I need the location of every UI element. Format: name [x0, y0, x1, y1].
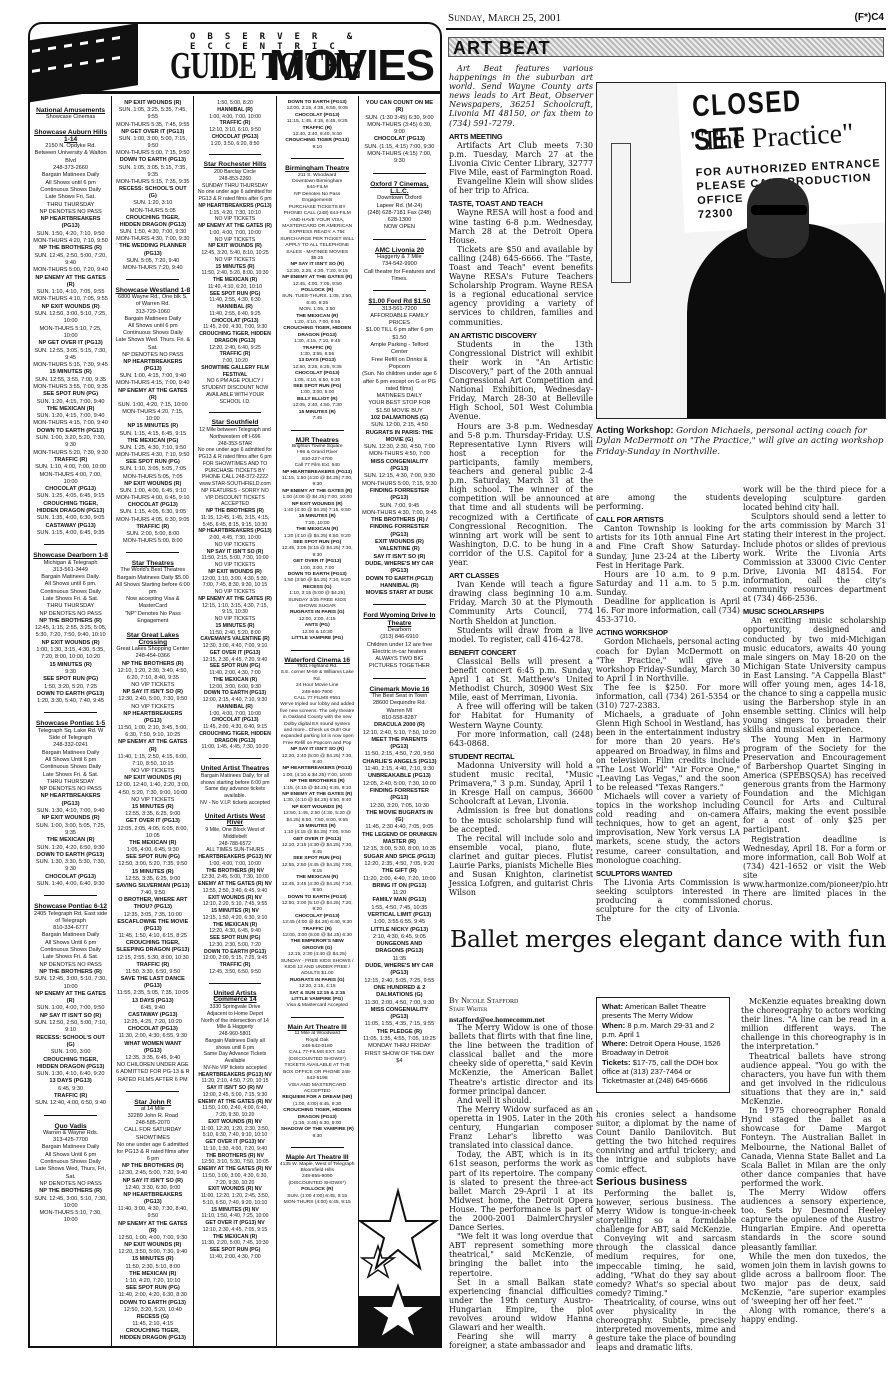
theater-name: AMC Livonia 20	[362, 247, 437, 254]
showtimes: 11:45, 2:30 4:40, 7:05, 9:05	[362, 824, 437, 831]
movie-listing: 15 MINUTES (R)11:50, 2:30, 5:10, 8:00	[115, 1256, 190, 1270]
showtimes: 12:00, 1:10, 3:00, 4:30, 5:30, 7:00, 7:4…	[197, 576, 272, 590]
divider-rule	[373, 290, 426, 291]
movie-title: THE MEXICAN (R)	[33, 406, 108, 413]
movie-listing: NP EXIT WOUNDS (R)12:00, 1:10, 3:00, 4:3…	[197, 569, 272, 596]
stars-decoration-icon	[358, 1186, 440, 1346]
theater-info: Bargain Matinees Daily $5.00 All Shows S…	[115, 575, 190, 597]
showtimes: NO VIP TICKETS	[197, 562, 272, 569]
article-paragraph: While the men don tuxedos, the women joi…	[741, 1252, 886, 1307]
theater-name: Cinemark Movie 16	[362, 686, 437, 693]
listing-note: MONDAY THRU FRIDAY FIRST SHOW OF THE DAY…	[362, 1043, 437, 1065]
theater-info: Continuous Shows Daily	[115, 330, 190, 337]
movie-title: CROUCHING TIGER, HIDDEN DRAGON (PG13)	[280, 326, 355, 339]
movie-listing: CROUCHING TIGER, SLEEPING DRAGON (PG13)1…	[115, 940, 190, 962]
showtimes: NO VIP TICKETS	[197, 237, 272, 244]
theater-name: Star Rochester Hills	[197, 162, 272, 169]
showtimes: 11:50, 2:15, 5:00, 7:30, 10:00	[197, 555, 272, 562]
theater-name: Star Theatres	[115, 560, 190, 567]
showtimes: SUN. 1:20, 4:20, 6:50, 9:30	[33, 845, 108, 852]
theater-info: Michigan & Telegraph	[33, 560, 108, 567]
movie-listing: CHOCOLAT (PG13)11:45, 2:00, 4:30, 7:00, …	[197, 318, 272, 332]
showtimes: SUN. 1:00, 4:00, 7:00, 9:50	[33, 1005, 108, 1012]
movie-title: 15 MINUTES (R) NV	[197, 1207, 272, 1214]
theater-info: THRU THURSDAY	[33, 603, 108, 610]
movie-listing: YOU CAN COUNT ON ME (R)SUN. (1:30 3:45) …	[362, 100, 437, 136]
movie-title: HEARTBREAKERS (PG13) NV	[197, 854, 272, 861]
section-paragraph: Gordon Michaels, personal acting coach f…	[596, 637, 740, 682]
showtimes: 1:30, (4:10 @ $4.25) 6:50, 9:40	[280, 798, 355, 804]
showtimes: SUN. 1:00, 3:00, 5:00, 7:15, 9:50	[115, 136, 190, 150]
movie-title: DOWN TO EARTH (PG13)	[197, 690, 272, 697]
movie-listing: DOWN TO EARTH (PG13)SUN. 1:00, 3:20, 5:2…	[33, 428, 108, 457]
theater-name: National Amusements	[33, 107, 108, 114]
showtimes: SUN. 1:00, 3:20, 5:20, 7:30, 9:30	[33, 435, 108, 450]
movie-title: CHOCOLAT (PG13)	[33, 874, 108, 881]
movie-listing: CROUCHING TIGER, HIDDEN DRAGON (PG13)(1:…	[280, 1108, 355, 1127]
movie-listing: POLLOCK (R)SUN. TUES-THURS. 1:05, 3:50, …	[280, 288, 355, 314]
divider-rule	[291, 430, 344, 431]
section-paragraph: The Young Men in Harmony program of the …	[743, 735, 886, 835]
movie-title: THE EMPEROR'S NEW GROOVE (G)	[280, 939, 355, 952]
theater-info: 248-960-5801	[197, 1031, 272, 1038]
showtimes: 11:55, 2:35, 5:05, 7:35, 10:05	[115, 990, 190, 997]
showtimes: MON-THURS 3:55, 7:00, 9:35	[33, 384, 108, 391]
movie-listing: NP EXIT WOUNDS (R)SUN. 1:05, 3:25, 5:35,…	[115, 100, 190, 129]
theater-info: NV - No V.I.P. tickets accepted	[197, 800, 272, 807]
showtimes: 11:50, 2:40, 5:20, 8:00, 10:30	[197, 270, 272, 277]
theater-name: Star Great Lakes Crossing	[115, 632, 190, 646]
showtimes: MON-THURS 5:35, 7:45, 9:55	[115, 122, 190, 129]
showtimes: SUN. 1:50, 4:30, 7:00, 9:30	[115, 229, 190, 236]
movie-listing: SEE SPOT RUN (PG)SUN. 1:10, 3:05, 5:05, …	[115, 459, 190, 481]
showtimes: 9:30	[280, 1134, 355, 1140]
movie-listing: NP THE BROTHERS (R)12:10, 1:20, 2:30, 3:…	[115, 661, 190, 690]
movie-listing: RUGRATS IN PARIS (G)12:00, 2:00, 4:15	[280, 610, 355, 623]
theater-info: Free Refill on Drinks & Popcorn	[362, 357, 437, 372]
theater-block: Showcase Dearborn 1-8Michigan & Telegrap…	[33, 552, 108, 618]
movie-title: CHOCOLAT (PG13)	[115, 1026, 190, 1033]
divider-rule	[373, 239, 426, 240]
showtimes: 12:55, 3:35, 6:25, 9:00	[115, 876, 190, 883]
theater-info: 248-788-6572	[197, 841, 272, 848]
movie-title: SEE SPOT RUN (PG)	[197, 663, 272, 670]
movie-listing: DOWN TO EARTH (PG13)SUN. 1:30, 3:30, 5:3…	[33, 852, 108, 874]
showtimes: 9:30	[33, 669, 108, 676]
divider-rule	[291, 158, 344, 159]
showtimes: 1:00, 1:30, 3:15, 4:30, 5:35, 7:20, 8:00…	[33, 647, 108, 662]
movie-listing: TRAFFIC (R)12:45, 3:50, 6:50, 9:50	[197, 962, 272, 976]
movie-listing: 15 MINUTES (R)11:50, 2:40, 5:20, 8:00, 1…	[197, 264, 272, 278]
article-paragraph: Set in a small Balkan state experiencing…	[449, 1278, 593, 1333]
showtimes: 12:45, 3:45 (4:30 @ $4.25) 7:10, 9:50	[280, 882, 355, 895]
movie-listing: THE MEXICAN (R)1:20, 4:10, 7:00, 9:55	[280, 314, 355, 327]
movie-title: TRAFFIC (R)	[33, 1093, 108, 1100]
theater-info: NP DENOTES NO PASS	[33, 1181, 108, 1188]
showtimes: SUN. 1:15, 4:05, 6:30, 9:05	[115, 509, 190, 516]
movie-listing: NP HEARTBREAKERS (PG13)11:50, 1:00, 2:10…	[115, 711, 190, 740]
movie-title: DUDE, WHERE'S MY CAR (PG13)	[362, 561, 437, 576]
movie-listing: CHOCOLAT (PG13)1:20, 3:50, 6:20, 8:50	[197, 134, 272, 148]
showtimes: 12:00, 2:00, 5:15, 7:25, 9:45	[197, 955, 272, 962]
showtimes: MON-THURS 4:15, 7:00, 9:40	[33, 420, 108, 427]
showtimes: 12:30, 3:20, 7:05, 10:30	[362, 803, 437, 810]
movie-listing: 15 MINUTES (R) NV12:15, 1:50, 4:20, 6:30…	[197, 908, 272, 922]
movie-listing: NP EXIT WOUNDS (R)12:00, 12:40, 1:40, 2:…	[115, 775, 190, 804]
showtimes: SUN. (1:30 3:45) 6:30, 9:00	[362, 115, 437, 122]
theater-info: 32289 John R. Road	[115, 1113, 190, 1120]
movie-title: DUNGEONS AND DRAGONS (PG13)	[362, 941, 437, 956]
section-heading: AN ARTISTIC DISCOVERY	[449, 331, 593, 340]
movie-title: THE LEGEND OF DRUNKEN MASTER (R)	[362, 832, 437, 847]
section-paragraph: Classical Bells will present a benefit c…	[449, 657, 593, 702]
showtimes: SUN. 1:00, 3:00, 5:05, 7:25, 9:35	[33, 823, 108, 838]
listing-column-1: National AmusementsShowcase CinemasShowc…	[30, 96, 112, 1346]
movie-listing: LITTLE VAMPIRE (PG)	[280, 636, 355, 642]
article-paragraph: The Merry Widow is one of those ballets …	[449, 1023, 593, 1096]
movie-listing: BRING IT ON (PG13)11:20	[362, 883, 437, 898]
movie-listing: MISS CONGENIALITY (PG13)11:05, 1:55, 4:3…	[362, 1007, 437, 1029]
showtimes: 6:45, 9:40	[115, 1005, 190, 1012]
movie-listing: TRAFFIC (R)12:10, 3:10, 6:10, 9:50	[197, 120, 272, 134]
theater-info: $1.50 MOVIE BUY	[362, 408, 437, 415]
movie-title: TRAFFIC (R)	[115, 524, 190, 531]
ballet-column-2: his cronies select a handsome suitor, a …	[596, 1110, 736, 1352]
showtimes: 12:30, 3:00, 4:40, 7:00, 9:10	[197, 643, 272, 650]
showtimes: 1:10 (4:15 @ $4.25) 7:00, 9:50	[280, 830, 355, 836]
movie-title: CROUCHING TIGER, HIDDEN DRAGON (PG13)	[33, 501, 108, 516]
movie-listing: THE MEXICAN (R)1:05, 4:00, 6:45, 9:30	[115, 840, 190, 854]
movie-title: NP SAY IT ISN'T SO (R)	[33, 1013, 108, 1020]
movie-listing: NP ENEMY AT THE GATES (R)SUN. 1:10, 4:10…	[33, 275, 108, 304]
movie-title: NP SAY IT ISN'T SO (R)	[115, 689, 190, 696]
movie-title: CHOCOLAT (PG13)	[197, 134, 272, 141]
movie-listing: DOWN TO EARTH (PG13)12:00, 2:00, 5:15, 7…	[197, 949, 272, 963]
movie-title: ENEMY AT THE GATES (R) NV	[197, 1166, 272, 1173]
movie-title: NP SAY IT ISN'T SO (R)	[197, 549, 272, 556]
theater-info: YOUR BEST STOP FOR	[362, 400, 437, 407]
showtimes: MON-THURS 5:10, 7:30, 10:00	[33, 1210, 108, 1225]
showtimes: 1:15, 4:20, 7:30, 10:10	[197, 210, 272, 217]
movie-title: MOVIES START AT DUSK	[362, 590, 437, 597]
theater-block: United Artist TheatresBargain Matinees D…	[197, 766, 272, 807]
movie-title: THE MEXICAN (R)	[115, 1271, 190, 1278]
showtimes: MON-THURS 5:00, 8:00	[115, 538, 190, 545]
theater-info: Telegraph Sq. Lake Rd. W Side of Telegra…	[33, 728, 108, 743]
movie-title: 15 MINUTES (R)	[115, 1256, 190, 1263]
page-dateline: Sunday, March 25, 2001 (F*)C4	[446, 6, 886, 30]
theater-info: Bargain Matinees Daily	[33, 1144, 108, 1151]
movie-title: NP ENEMY AT THE GATES (R)	[115, 1221, 190, 1235]
showtimes: 12:15, 1:50, 4:20, 6:30, 9:10	[197, 915, 272, 922]
movie-title: GET OVER IT (PG13)	[115, 818, 190, 825]
showtimes: 11:30, 2:20, 5:00, 7:45, 10:30	[197, 1240, 272, 1247]
movie-title: NP ENEMY AT THE GATES (R)	[197, 596, 272, 603]
showtimes: 12:55, 2:50 (4:45 @ $4.25) 7:00, 9:15	[280, 863, 355, 876]
ballet-column-1: The Merry Widow is one of those ballets …	[449, 1023, 593, 1350]
movie-listing: ONE HUNDRED & 2 DALMATIONS (G)11:30, 2:0…	[362, 985, 437, 1007]
showtimes: SUN. 1:35, 4:00, 6:30, 9:05	[33, 515, 108, 522]
movie-title: CHOCOLAT (PG13)	[33, 486, 108, 493]
movie-listing: REQUIEM FOR A DREAM (NR)(1:00, 4:00) 6:4…	[280, 1095, 355, 1108]
movie-listing: THE MEXICAN (R)11:30, 2:20, 5:00, 7:45, …	[197, 1234, 272, 1248]
movie-title: EXIT WOUNDS (R) NV	[197, 1119, 272, 1126]
movie-listing: EXIT WOUNDS (R) NV11:00, 12:20, 1:20, 2:…	[197, 1186, 272, 1206]
movie-listing: NP SAY IT ISN'T SO (R)12:40, 3:30, 6:30,…	[115, 1178, 190, 1192]
section-paragraph: Tickets are $50 and available by calling…	[449, 245, 593, 327]
showtimes: 11:40, 2:00, 4:30, 7:00	[197, 1254, 272, 1261]
byline: By Nicole Stafford Staff Writer nstaffor…	[449, 996, 593, 1024]
theater-block: Waterford Cinema 167501 Highland Rd.S.E.…	[280, 658, 355, 748]
movie-listing: THE MEXICAN (R)SUN. 1:20, 4:15, 7:00, 9:…	[33, 406, 108, 428]
showtimes: 11:50, 1:00, 2:10, 3:45, 5:00, 6:30, 7:5…	[115, 725, 190, 739]
showtimes: 12:00, 2:45, 5:00, 7:15, 9:30	[197, 1092, 272, 1099]
theater-block: National AmusementsShowcase Cinemas	[33, 107, 108, 122]
theater-block: Birmingham Theatre211 S. WoodwardDowntow…	[280, 166, 355, 262]
movie-listing: CHOCOLAT (PG13)11:30, 2:00, 4:30, 6:55, …	[115, 1026, 190, 1040]
listing-note: NO CHILDREN UNDER AGE 6 ADMITTED FOR PG-…	[115, 1062, 190, 1084]
showtimes: 12:50, 3:00, 5:20, 7:35, 9:50	[115, 861, 190, 868]
theater-info: All Shows Until 6 pm	[33, 757, 108, 764]
theater-block: MJR TheatresBrighton Towne SquareI-96 & …	[280, 438, 355, 470]
showtimes: 12:15, 2:40, 5:05, 7:25, 9:55	[362, 978, 437, 985]
showtimes: 12:50, 1:00, 4:00, 7:00, 9:30	[115, 1235, 190, 1242]
showtimes: MON-THURS 4:10, 7:05, 9:55	[33, 296, 108, 303]
movie-listing: 102 DALMATIONS (G)SUN. 12:00, 2:15, 4:50	[362, 415, 437, 430]
section-paragraph: Artifacts Art Club meets 7:30 p.m. Tuesd…	[449, 141, 593, 177]
movie-title: NP THE BROTHERS (R)	[33, 1188, 108, 1195]
movie-title: VERTICAL LIMIT (PG13)	[362, 912, 437, 919]
movie-listing: ANTS (PG)12:00 & 10:30	[280, 623, 355, 636]
movie-listing: EXIT WOUNDS (R) NV11:00, 12:20, 1:20, 2:…	[197, 1119, 272, 1139]
movie-title: RECESS: SCHOOL'S OUT (G)	[115, 186, 190, 200]
theater-info: "NP" Denotes No Pass Engagement	[115, 611, 190, 625]
article-paragraph: Theatrical ballets have strong audience …	[741, 1052, 886, 1107]
showtimes: 12:30, 2:45, 5:00, 7:20, 9:40	[115, 1170, 190, 1177]
movie-title: NP ENEMY AT THE GATES (R)	[115, 739, 190, 753]
showtimes: SUN. 12:00, 2:15, 4:50	[362, 422, 437, 429]
movie-listing: SEE SPOT RUN (PG)11:40, 2:00, 4:30, 7:00	[197, 1247, 272, 1261]
theater-info: S.E. corner M-59 & Williams Lake Rd.	[280, 670, 355, 683]
movie-title: DRACULA 2000 (R)	[362, 722, 437, 729]
section-paragraph: Admission is free but donations to the m…	[449, 806, 593, 833]
theater-block: Showcase Westland 1-86800 Wayne Rd., One…	[115, 287, 190, 359]
movie-listing: SAVING SILVERMAN (PG13)7:40, 9:50	[115, 883, 190, 897]
showtimes: 12:10, 2:30, 4:45, 7:05, 9:15	[197, 1227, 272, 1234]
movie-listing: GET OVER IT (PG13) NV12:10, 2:30, 4:45, …	[197, 1220, 272, 1234]
art-beat-intro: Art Beat features various happenings in …	[449, 64, 593, 128]
showtimes: MON-THURS 5:20, 7:30, 9:30	[33, 450, 108, 457]
theater-info: Lapeer Rd. (M-24)	[362, 203, 437, 210]
showtimes: 12:35, 3:05, 7:35, 10:00	[115, 912, 190, 919]
showtimes: MON-THURS 4:30, 7:00, 9:45	[362, 510, 437, 517]
showtimes: NO VIP TICKETS	[197, 616, 272, 623]
movie-title: CROUCHING TIGER, HIDDEN DRAGON (PG13)	[197, 331, 272, 345]
showtimes: 12:00, 3:00, 6:00, 9:30	[197, 684, 272, 691]
movie-listing: TRAFFIC (R)12:40, 3:40, 6:40, 9:40	[280, 126, 355, 139]
theater-info: (313) 846-6910	[362, 634, 437, 641]
showtimes: 12:45 (4:00 @ $4.25) 6:40, 9:30	[280, 920, 355, 926]
listing-note: SUNDAY 3/25 FREE KIDS SHOWS SUGAR	[280, 598, 355, 611]
showtimes: SUN. 12:45, 2:50, 5:00, 7:20, 9:40	[33, 253, 108, 268]
showtimes: 12:00, 12:40, 1:40, 2:20, 3:00, 4:50, 5:…	[115, 782, 190, 796]
movie-listing: SHOWTIME GALLERY FILM FESTIVAL	[197, 365, 272, 379]
theater-info: PURCHASE TICKETS BY PHONE! CALL (248) 64…	[280, 205, 355, 263]
showtimes: 11:20, 2:00, 4:40, 7:20, 10:00	[362, 876, 437, 883]
movie-listing: RECESS: SCHOOL'S OUT (G)SUN. 1:20, 3:10M…	[115, 186, 190, 215]
showtimes: MON-THURS 5:05	[115, 208, 190, 215]
movie-title: FINDING FORRESTER (PG13)	[362, 488, 437, 503]
movie-title: O BROTHER, WHERE ART THOU? (PG13)	[115, 897, 190, 911]
movie-title: ESCAFLOWNE THE MOVIE (PG13)	[115, 919, 190, 933]
theater-info: $1.00 TILL 6 pm after 6 pm $1.50	[362, 327, 437, 342]
movie-listing: 13 DAYS (PG13)6:45, 9:40	[115, 998, 190, 1012]
movie-title: NP EXIT WOUNDS (R)	[115, 1242, 190, 1249]
showtimes: SUN. 1:00, 4:20, 7:15, 10:00	[115, 402, 190, 409]
section-paragraph: Michaels, a graduate of John Glenn High …	[596, 710, 740, 792]
ballet-headline: Ballet merges elegant dance with fun	[450, 925, 886, 953]
theater-info: THRU THURSDAY	[33, 202, 108, 209]
ballet-column-3: McKenzie equates breaking down the chore…	[741, 997, 886, 1324]
theater-info: Late Shows Fri. & Sat.	[33, 954, 108, 961]
movie-title: SEE SPOT RUN (PG)	[197, 935, 272, 942]
movie-title: YOU CAN COUNT ON ME (R)	[362, 100, 437, 115]
showtimes: 12:55, 3:35, 6:25, 9:00	[115, 811, 190, 818]
movie-listing: GET OVER IT (PG13)12:10, 2:15 (4:30 @ $4…	[280, 837, 355, 856]
movie-title: DOWN TO EARTH (PG13)	[280, 895, 355, 901]
movie-listing: CROUCHING TIGER, HIDDEN DRAGON (PG13)11:…	[197, 731, 272, 751]
showtimes: 1:00, 4:00, 7:00, 10:00	[197, 114, 272, 121]
movie-title: CASTAWAY (PG13)	[33, 523, 108, 530]
movie-listing: 13 DAYS (PG13)12:50, 3:25, 6:25, 9:35	[280, 358, 355, 371]
theater-info: Children under 12 are free	[362, 642, 437, 649]
showtimes: 1:20, 3:30, 5:40, 7:40, 9:45	[33, 698, 108, 705]
theater-block: Showcase Pontiac 6-122405 Telegraph Rd. …	[33, 903, 108, 969]
movie-title: NP EXIT WOUNDS (R)	[33, 640, 108, 647]
showtimes: MON-THURS 5:00, 7:15, 9:30	[362, 481, 437, 488]
theater-block: Showcase Auburn Hills 1-142150 N. Opdyke…	[33, 129, 108, 217]
divider-rule	[126, 279, 179, 280]
showtimes: SUN. 1:00, 4:00, 6:45, 9:10	[115, 488, 190, 495]
movie-title: TRAFFIC (R)	[197, 120, 272, 127]
movie-listing: NP HEARTBREAKERS (PG13)1:15, 4:20, 7:30,…	[197, 203, 272, 223]
theater-info: Warren & Wayne Rds.	[33, 1130, 108, 1137]
showtimes: 11:10, 1:50, 4:40, 7:25, 10:00	[197, 1213, 272, 1220]
theater-name: United Artists Commerce 14	[197, 991, 272, 1005]
movie-listing: NP EXIT WOUNDS (R)SUN. 1:00, 4:00, 6:45,…	[115, 481, 190, 503]
movie-listing: TRAFFIC (R)7:00, 10:20	[197, 351, 272, 365]
theater-name: Quo Vadis	[33, 1123, 108, 1130]
theater-info: 248-454-0366	[115, 653, 190, 660]
movie-listing: SAY IT ISN'T SO (R) NV12:00, 2:45, 5:00,…	[197, 1085, 272, 1099]
movie-listing: NP HEARTBREAKERS (PG13)11:40, 3:00, 4:30…	[115, 1192, 190, 1221]
movie-listing: NP EXIT WOUNDS (R)SUN. 1:00, 3:00, 5:05,…	[33, 815, 108, 837]
showtimes: SUN. 1:20, 3:10	[115, 200, 190, 207]
movie-title: MISS CONGENIALITY (PG13)	[362, 1007, 437, 1022]
article-paragraph: Today, the ABT, which is in its 61st sea…	[449, 1150, 593, 1232]
divider-rule	[209, 412, 262, 413]
showtimes: 12:55, 2:50, 3:40, 6:45, 9:40	[197, 888, 272, 895]
theater-info: Same day advance tickets available.	[197, 786, 272, 800]
movie-listing: THE MEXICAN (R)11:40, 4:10, 6:20, 10:10	[197, 277, 272, 291]
showtimes: 11:15, 12:45, 1:45, 3:15, 4:15, 5:45, 6:…	[197, 515, 272, 529]
movie-listing: CHOCOLAT (PG13)SUN. 1:40, 4:00, 6:40, 9:…	[33, 874, 108, 889]
showtimes: 12:15, 1:10, 3:15, 4:30, 7:15, 9:15, 10:…	[197, 603, 272, 617]
movie-title: 15 MINUTES (R) NV	[197, 908, 272, 915]
movie-listing: DUDE, WHERE'S MY CAR (PG13)	[362, 561, 437, 576]
showtimes: 1:00 (4:00 @ $4.25) 7:00, 10:00	[280, 495, 355, 501]
showtimes: 11:00, 1:45, 4:45, 7:30, 10:20	[197, 744, 272, 751]
movie-listing: ENEMY AT THE GATES (R) NV11:50, 1:00, 2:…	[197, 1099, 272, 1119]
listing-note: SUNDAY - FREE KIDS SHOWS / KIDS 12 AND U…	[280, 959, 355, 978]
theater-info: The Best Seat in Town	[362, 693, 437, 700]
movie-listing: THE BROTHERS (R) NV12:30, 2:45, 5:00, 7:…	[197, 868, 272, 882]
movie-title: NP HEARTBREAKERS (PG13)	[197, 203, 272, 210]
showtimes: MON-THURS 4:50, 7:00	[362, 451, 437, 458]
theater-name: Showcase Pontiac 1-5	[33, 720, 108, 727]
movie-title: NP HEARTBREAKERS (PG13)	[280, 766, 355, 772]
showtimes: SUN. (1:15, 4:15) 7:00, 9:30	[362, 144, 437, 151]
article-paragraph: Performing the ballet is, however, serio…	[596, 1189, 736, 1234]
caption-label: Acting Workshop:	[596, 425, 673, 435]
movie-title: CROUCHING TIGER, SLEEPING DRAGON (PG13)	[115, 940, 190, 954]
section-paragraph: Madonna University will hold a student m…	[449, 761, 593, 806]
showtimes: MON-THURS (3:45) 6:30, 9:00	[362, 122, 437, 137]
movie-listing: FINDING FORRESTER (PG13)SUN. 7:00, 9:45M…	[362, 488, 437, 517]
showtimes: MON-THURS (4:00) 6:45, 9:15	[280, 1200, 355, 1206]
listing-column-5: YOU CAN COUNT ON ME (R)SUN. (1:30 3:45) …	[359, 96, 440, 1346]
showtimes: 11:15, 1:45, 4:15, 6:45, 9:25	[280, 119, 355, 125]
theater-info: SUNDAY THRU THURSDAY	[197, 183, 272, 190]
page-date: Sunday, March 25, 2001	[448, 12, 561, 24]
movie-title: NP HEARTBREAKERS (PG13)	[33, 793, 108, 808]
movie-listing: THE MEXICAN (R)12:45, 3:45 (4:30 @ $4.25…	[280, 875, 355, 894]
showtimes: 11:40, 4:10, 6:20, 10:10	[197, 284, 272, 291]
movie-listing: NP THE BROTHERS (R)SUN. 12:45, 3:00, 5:1…	[33, 1188, 108, 1224]
movie-listing: NP SAY IT ISN'T SO (R)SUN. 12:50, 2:50, …	[33, 1013, 108, 1035]
movie-title: NP THE BROTHERS (R)	[280, 779, 355, 785]
movie-guide: OBSERVER & ECCENTRIC GUIDE TO THE MOVIES…	[28, 22, 442, 1348]
movie-title: FAMILY MAN (PG13)	[362, 897, 437, 904]
movie-title: NP 15 MINUTES (R)	[115, 423, 190, 430]
showtimes: SUN. 1:30, 3:30, 5:30, 7:30, 9:30	[33, 859, 108, 874]
movie-listing: CROUCHING TIGER (PG13)9:10	[280, 138, 355, 151]
movie-title: SEE SPOT RUN (PG)	[115, 1285, 190, 1292]
movie-listing: WHAT WOMEN WANT (PG13)12:35, 3:35, 6:45,…	[115, 1041, 190, 1063]
showtimes: SUN. 1:15, 4:00, 6:45, 9:35	[33, 530, 108, 537]
showtimes: 11:40, 2:55, 6:40, 9:25	[197, 311, 272, 318]
showtimes: 12:50, 3:00 (5:10 @ $4.25) 7:20, 9:20	[280, 901, 355, 914]
divider-rule	[209, 154, 262, 155]
art-beat-column-3: work will be the third piece for a devel…	[743, 485, 886, 907]
showtimes: 12:05, 2:05, 4:05, 6:05, 8:00, 10:05	[115, 826, 190, 840]
movie-title: RUGRATS IN PARIS (G)	[280, 610, 355, 616]
section-heading: ART CLASSES	[449, 571, 593, 580]
movie-listing: 15 MINUTES (R)9:30	[33, 662, 108, 677]
movie-listing: GET OVER IT (PG13)12:15, 2:30, 4:45, 7:2…	[197, 650, 272, 664]
movie-listing: DOWN TO EARTH (PG13)12:50, 3:00 (5:10 @ …	[280, 895, 355, 914]
movie-title: THE MEXICAN (R)	[197, 1234, 272, 1241]
showtimes: SUN. 1:00, 4:15, 7:00, 9:40	[115, 373, 190, 380]
showtimes: 9:10	[280, 145, 355, 151]
theater-info: North of the intersection of 14 Mile & H…	[197, 1018, 272, 1032]
movie-title: CROUCHING TIGER, HIDDEN DRAGON (PG13)	[33, 1057, 108, 1072]
movie-listing: TRAFFIC (R)SUN. 2:00, 5:00, 8:00MON-THUR…	[115, 524, 190, 546]
theater-info: NP DENOTES NO PASS	[33, 962, 108, 969]
column-2-lead: are among the students performing.	[596, 493, 740, 511]
theater-info: Bargain Matinees Daily	[33, 932, 108, 939]
movie-listing: CHOCOLAT (PG13)SUN. 1:25, 4:05, 6:45, 9:…	[33, 486, 108, 501]
